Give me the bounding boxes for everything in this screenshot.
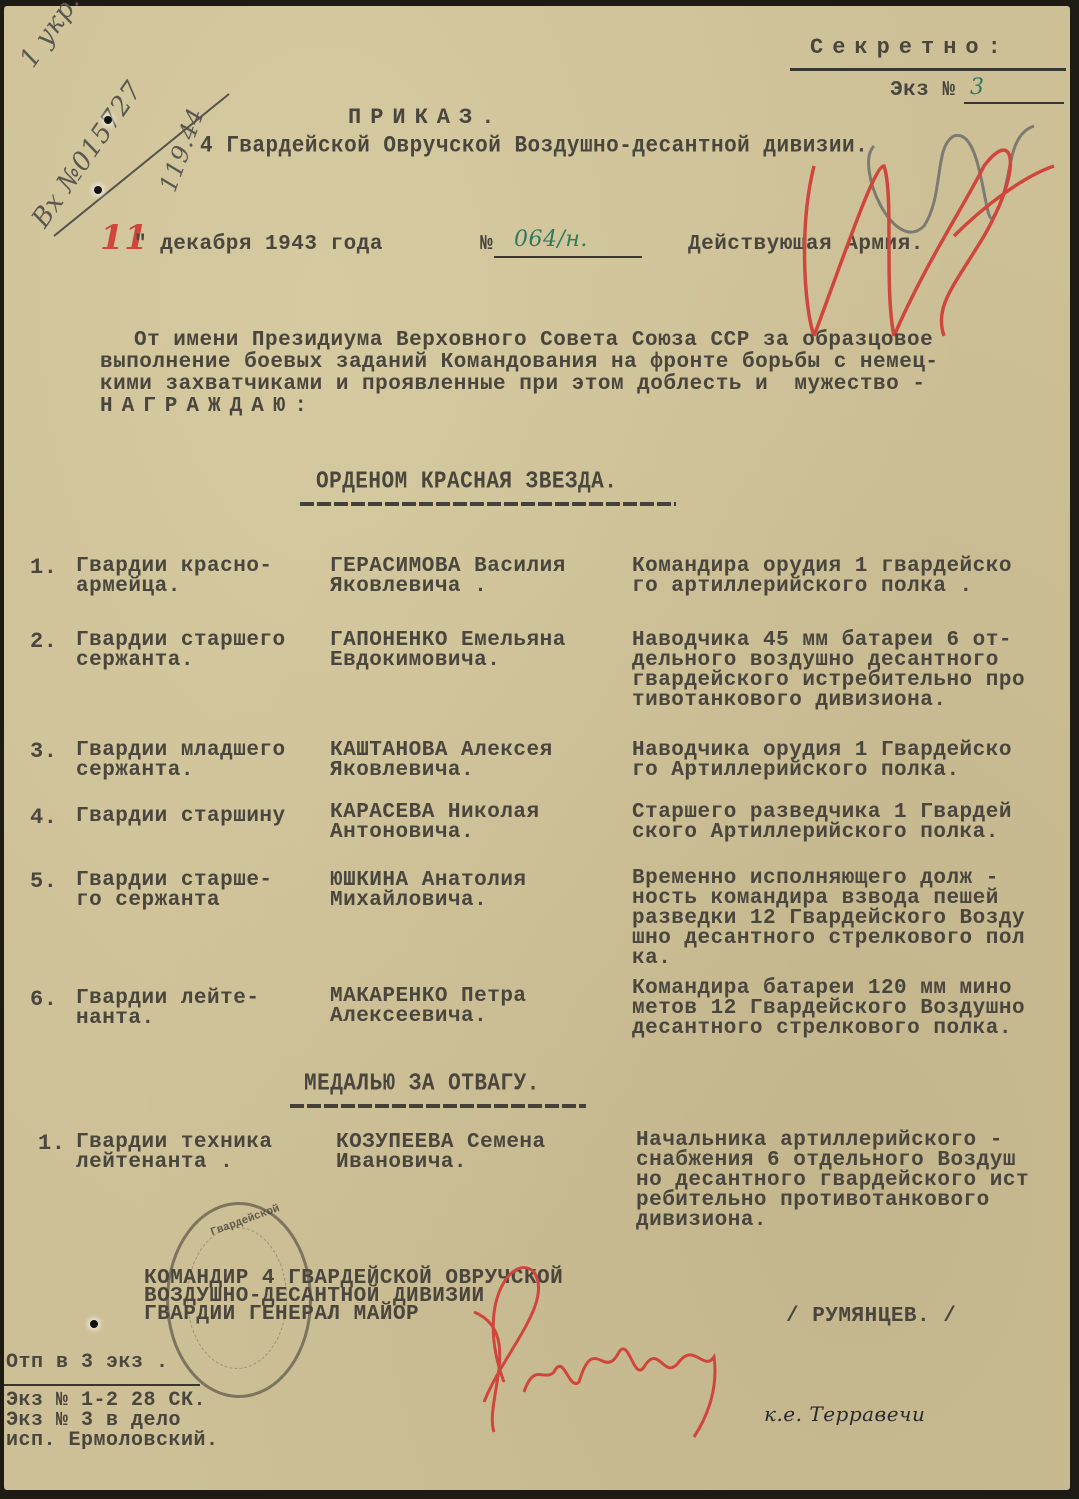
preamble-line-1: От имени Президиума Верховного Совета Со…: [134, 330, 933, 352]
distribution-copy-3: Экз № 3 в дело: [6, 1410, 181, 1431]
commander-signature: [444, 1242, 744, 1442]
section-title-medal-bravery: МЕДАЛЬЮ ЗА ОТВАГУ.: [304, 1072, 540, 1097]
entry-name: Яковлевича .: [330, 576, 487, 598]
order-number-underline: [494, 256, 642, 258]
order-number-handwritten: 064/н.: [514, 228, 588, 252]
copy-number-underline: [964, 102, 1064, 104]
punch-hole: [94, 186, 102, 194]
entry-name: Ивановича.: [336, 1152, 467, 1174]
entry-rank: Гвардии старшину: [76, 806, 286, 828]
resolution-signature-scribble: [784, 106, 1064, 336]
entry-number: 5.: [30, 870, 57, 894]
punch-hole: [90, 1320, 98, 1328]
entry-name: Михайловича.: [330, 890, 487, 912]
entry-name: Антоновича.: [330, 822, 474, 844]
entry-position: шно десантного стрелкового пол: [632, 928, 1025, 950]
entry-name: Евдокимовича.: [330, 650, 500, 672]
document-page: Секретно: Экз № 3 ПРИКАЗ. 4 Гвардейской …: [4, 6, 1070, 1490]
margin-note-strike-line: [44, 86, 244, 246]
preamble-line-3: кими захватчиками и проявленные при этом…: [100, 374, 925, 396]
entry-position: го артиллерийского полка .: [632, 576, 973, 598]
classification-label: Секретно:: [810, 36, 1010, 60]
entry-rank: сержанта.: [76, 760, 194, 782]
distribution-copies-1-2: Экз № 1-2 28 СК.: [6, 1390, 206, 1411]
entry-rank: нанта.: [76, 1008, 155, 1030]
preamble-award-verb: НАГРАЖДАЮ:: [100, 396, 316, 418]
preamble-line-2: выполнение боевых заданий Командования н…: [100, 352, 939, 374]
entry-number: 6.: [30, 988, 57, 1012]
section-title-red-star: ОРДЕНОМ КРАСНАЯ ЗВЕЗДА.: [316, 470, 617, 495]
entry-position: ского Артиллерийского полка.: [632, 822, 999, 844]
entry-rank: го сержанта: [76, 890, 220, 912]
entry-name: Яковлевича.: [330, 760, 474, 782]
classification-underline: [790, 68, 1066, 71]
signature-title-line-3: ГВАРДИИ ГЕНЕРАЛ МАЙОР: [144, 1304, 419, 1326]
unit-name: 4 Гвардейской Овручской Воздушно-десантн…: [200, 135, 868, 159]
entry-position: десантного стрелкового полка.: [632, 1018, 1012, 1040]
copies-note: Отп в 3 экз .: [6, 1352, 169, 1373]
order-number-label: №: [480, 234, 493, 256]
footer-rule: [4, 1384, 200, 1386]
entry-position: ка.: [632, 948, 671, 970]
entry-rank: лейтенанта .: [76, 1152, 233, 1174]
handwritten-note: к.е. Терравечи: [764, 1402, 925, 1426]
margin-note-front: 1 укр. фр: [14, 0, 113, 73]
entry-number: 3.: [30, 740, 57, 764]
entry-number: 4.: [30, 806, 57, 830]
copy-number-label: Экз №: [890, 80, 956, 102]
entry-position: дивизиона.: [636, 1210, 767, 1232]
entry-number: 1.: [38, 1132, 65, 1156]
signatory-name: / РУМЯНЦЕВ. /: [786, 1306, 956, 1328]
entry-rank: сержанта.: [76, 650, 194, 672]
entry-number: 2.: [30, 630, 57, 654]
entry-rank: армейца.: [76, 576, 181, 598]
entry-name: Алексеевича.: [330, 1006, 487, 1028]
copy-number-handwritten: 3: [970, 76, 985, 100]
entry-position: го Артиллерийского полка.: [632, 760, 960, 782]
section-title-red-star-underline: [300, 502, 676, 506]
document-title: ПРИКАЗ.: [348, 106, 503, 130]
executor-note: исп. Ермоловский.: [6, 1430, 219, 1451]
punch-hole: [104, 116, 112, 124]
section-title-medal-bravery-underline: [290, 1104, 586, 1108]
entry-position: тивотанкового дивизиона.: [632, 690, 946, 712]
entry-number: 1.: [30, 556, 57, 580]
